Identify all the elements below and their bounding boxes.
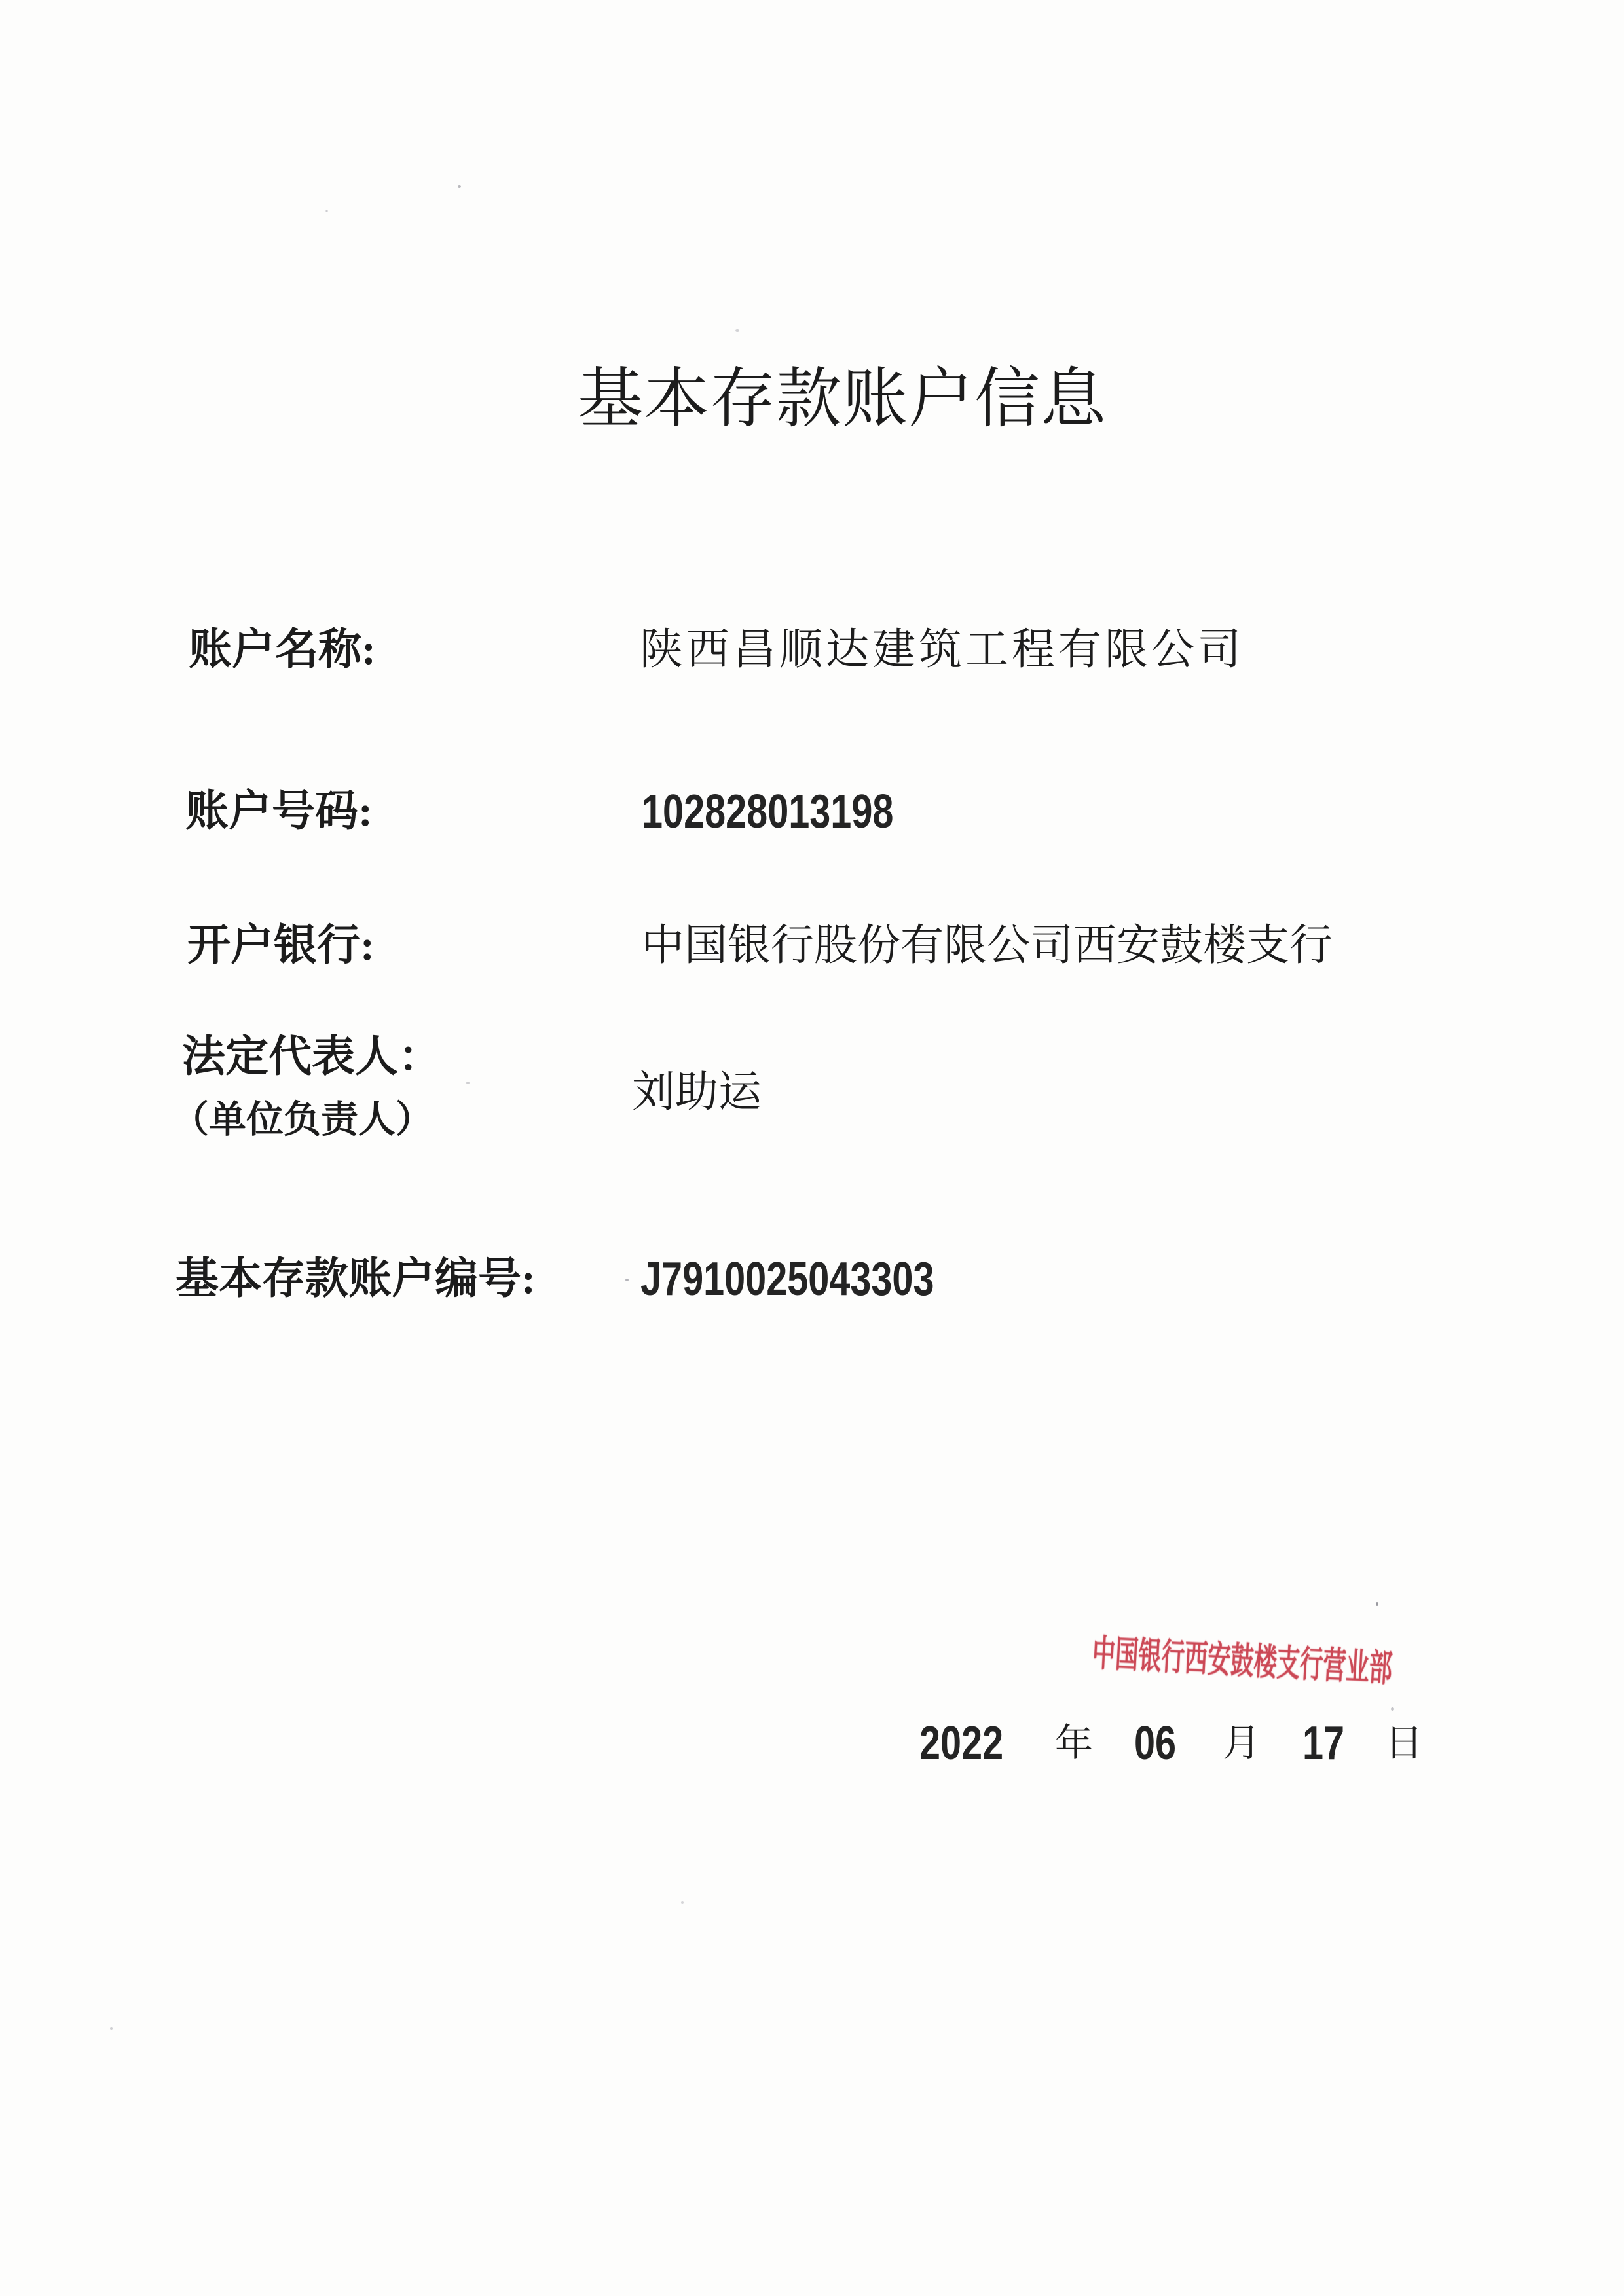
- basic-account-id-value: J7910025043303: [640, 1256, 934, 1303]
- legal-representative-label: 法定代表人：: [182, 1036, 441, 1079]
- date-year: 2022: [919, 1720, 1003, 1767]
- scan-speck: [466, 1082, 470, 1084]
- account-number-value: 102828013198: [642, 788, 893, 835]
- date-year-unit: 年: [1055, 1724, 1093, 1762]
- scan-speck: [1391, 1707, 1394, 1711]
- opening-bank-label: 开户银行:: [187, 924, 375, 968]
- scan-speck: [1376, 1602, 1378, 1606]
- legal-representative-value: 刘助运: [632, 1071, 762, 1114]
- scan-speck: [681, 1901, 684, 1904]
- date-month: 06: [1134, 1720, 1176, 1767]
- scan-speck: [458, 185, 461, 188]
- date-day-unit: 日: [1385, 1724, 1423, 1762]
- unit-head-sublabel: （单位负责人）: [172, 1101, 433, 1139]
- bank-stamp: 中国银行西安鼓楼支行营业部: [1092, 1635, 1393, 1688]
- account-name-value: 陕西昌顺达建筑工程有限公司: [640, 629, 1244, 672]
- date-day: 17: [1302, 1720, 1344, 1767]
- scan-speck: [625, 1279, 629, 1281]
- basic-account-id-label: 基本存款账户编号:: [175, 1258, 536, 1301]
- scan-speck: [110, 2027, 113, 2030]
- document-title: 基本存款账户信息: [578, 367, 1107, 432]
- scan-speck: [735, 329, 739, 332]
- scanned-document-page: 基本存款账户信息 账户名称: 陕西昌顺达建筑工程有限公司 账户号码: 10282…: [0, 0, 1624, 2296]
- account-number-label: 账户号码:: [185, 790, 373, 833]
- date-month-unit: 月: [1223, 1724, 1261, 1762]
- scan-speck: [325, 210, 328, 212]
- opening-bank-value: 中国银行股份有限公司西安鼓楼支行: [641, 924, 1333, 968]
- account-name-label: 账户名称:: [189, 629, 376, 672]
